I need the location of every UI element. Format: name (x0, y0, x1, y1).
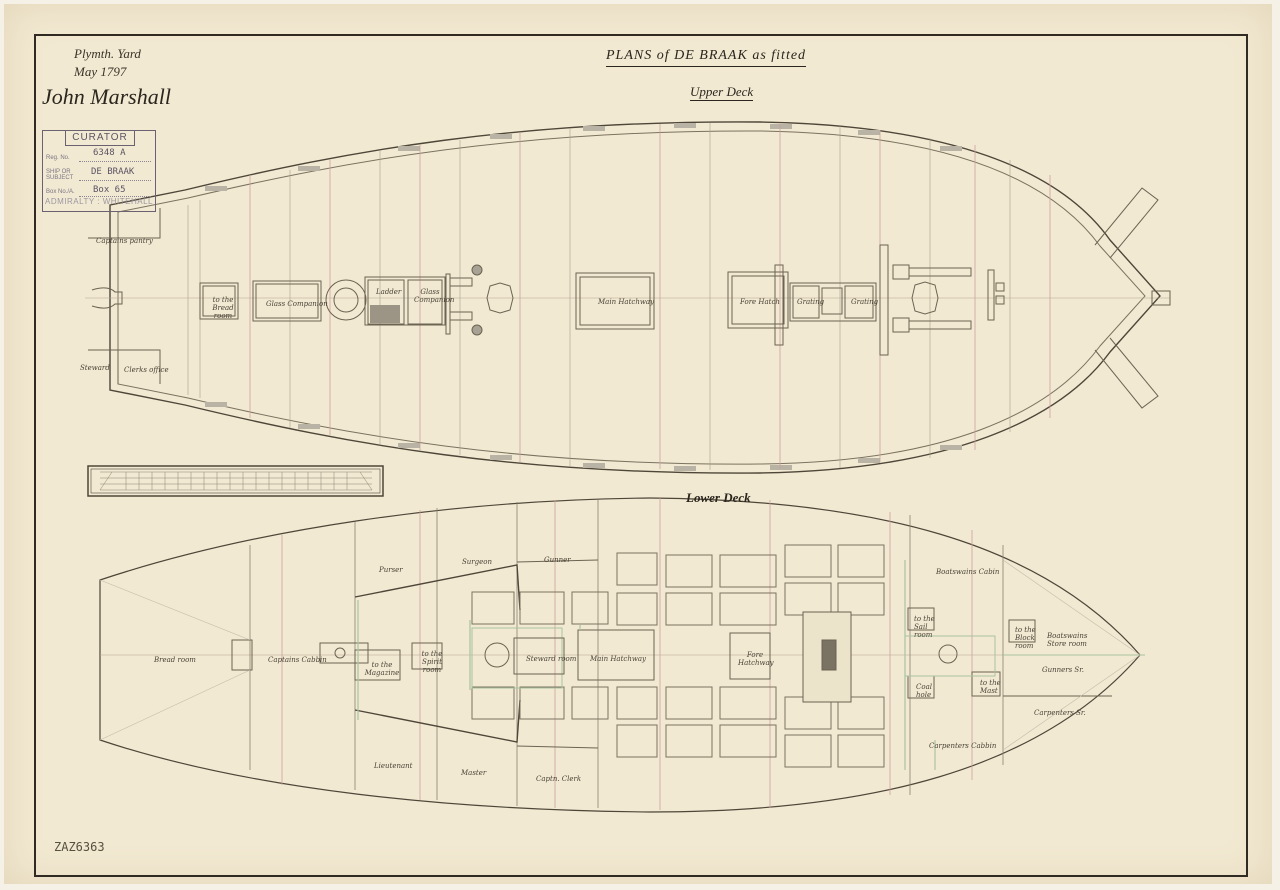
label-gunner: Gunner (544, 556, 571, 564)
label-to-sail-room: to the Sail room (914, 615, 940, 639)
signature: John Marshall (42, 84, 171, 110)
label-grating-1: Grating (797, 298, 824, 306)
stamp-reg-value: 6348 A (93, 148, 126, 158)
label-boatswains-store-room: Boatswains Store room (1047, 632, 1097, 648)
stamp-box-label: Box No./A. (46, 189, 75, 195)
label-surgeon: Surgeon (462, 558, 492, 566)
label-glass-companion-1: Glass Companion (266, 300, 328, 308)
date-label: May 1797 (74, 64, 126, 80)
label-glass-companion-2: Glass Companion (414, 288, 446, 304)
label-to-block-room: to the Block room (1015, 626, 1041, 650)
label-clerks-office: Clerks office (124, 366, 169, 374)
stamp-footer: ADMIRALTY : WHITEHALL (45, 197, 153, 206)
label-captains-clerk: Captn. Clerk (536, 775, 581, 783)
label-captains-cabin: Captains Cabbin (268, 656, 327, 664)
label-carpenters-cabin: Carpenters Cabbin (929, 742, 996, 750)
label-to-the-mast: to the Mast (980, 679, 1004, 695)
label-bread-room: Bread room (154, 656, 196, 664)
reference-number: ZAZ6363 (54, 840, 105, 854)
label-master: Master (461, 769, 486, 777)
stamp-dotted-line (79, 180, 151, 181)
label-to-magazine: to the Magazine (364, 661, 400, 677)
plan-sheet: Plymth. Yard May 1797 John Marshall PLAN… (4, 4, 1272, 884)
stamp-heading: CURATOR (65, 131, 135, 146)
label-purser: Purser (379, 566, 403, 574)
stamp-subject-label: SHIP OR SUBJECT (46, 169, 78, 181)
label-steward: Steward (80, 364, 110, 372)
label-carpenters-store: Carpenters Sr. (1034, 709, 1086, 717)
stamp-subject-value: DE BRAAK (91, 167, 134, 177)
label-boatswains-cabin: Boatswains Cabin (936, 568, 999, 576)
label-gunners-store: Gunners Sr. (1042, 666, 1084, 674)
label-steward-room: Steward room (526, 655, 576, 663)
label-coal-hole: Coal hole (916, 683, 940, 699)
upper-deck-heading: Upper Deck (690, 84, 753, 101)
label-fore-hatchway: Fore Hatchway (738, 651, 772, 667)
plan-title: PLANS of DE BRAAK as fitted (606, 48, 806, 67)
ship-plans-drawing (4, 4, 1272, 884)
label-captains-pantry: Captains pantry (96, 237, 153, 245)
stamp-box-value: Box 65 (93, 185, 126, 195)
label-main-hatchway-lower: Main Hatchway (590, 655, 646, 663)
scale-bar (88, 466, 383, 496)
stamp-reg-label: Reg. No. (46, 155, 70, 161)
label-grating-2: Grating (851, 298, 878, 306)
stamp-dotted-line (79, 161, 151, 162)
label-main-hatchway: Main Hatchway (598, 298, 654, 306)
curator-stamp: CURATOR Reg. No. 6348 A SHIP OR SUBJECT … (42, 130, 156, 212)
label-lieutenant: Lieutenant (374, 762, 413, 770)
label-to-bread-room: to the Bread room (207, 296, 239, 320)
yard-label: Plymth. Yard (74, 46, 141, 62)
label-ladder: Ladder (376, 288, 401, 296)
lower-deck-heading: Lower Deck (686, 490, 751, 506)
label-to-spirit-room: to the Spirit room (418, 650, 446, 674)
label-fore-hatch: Fore Hatch (740, 298, 780, 306)
